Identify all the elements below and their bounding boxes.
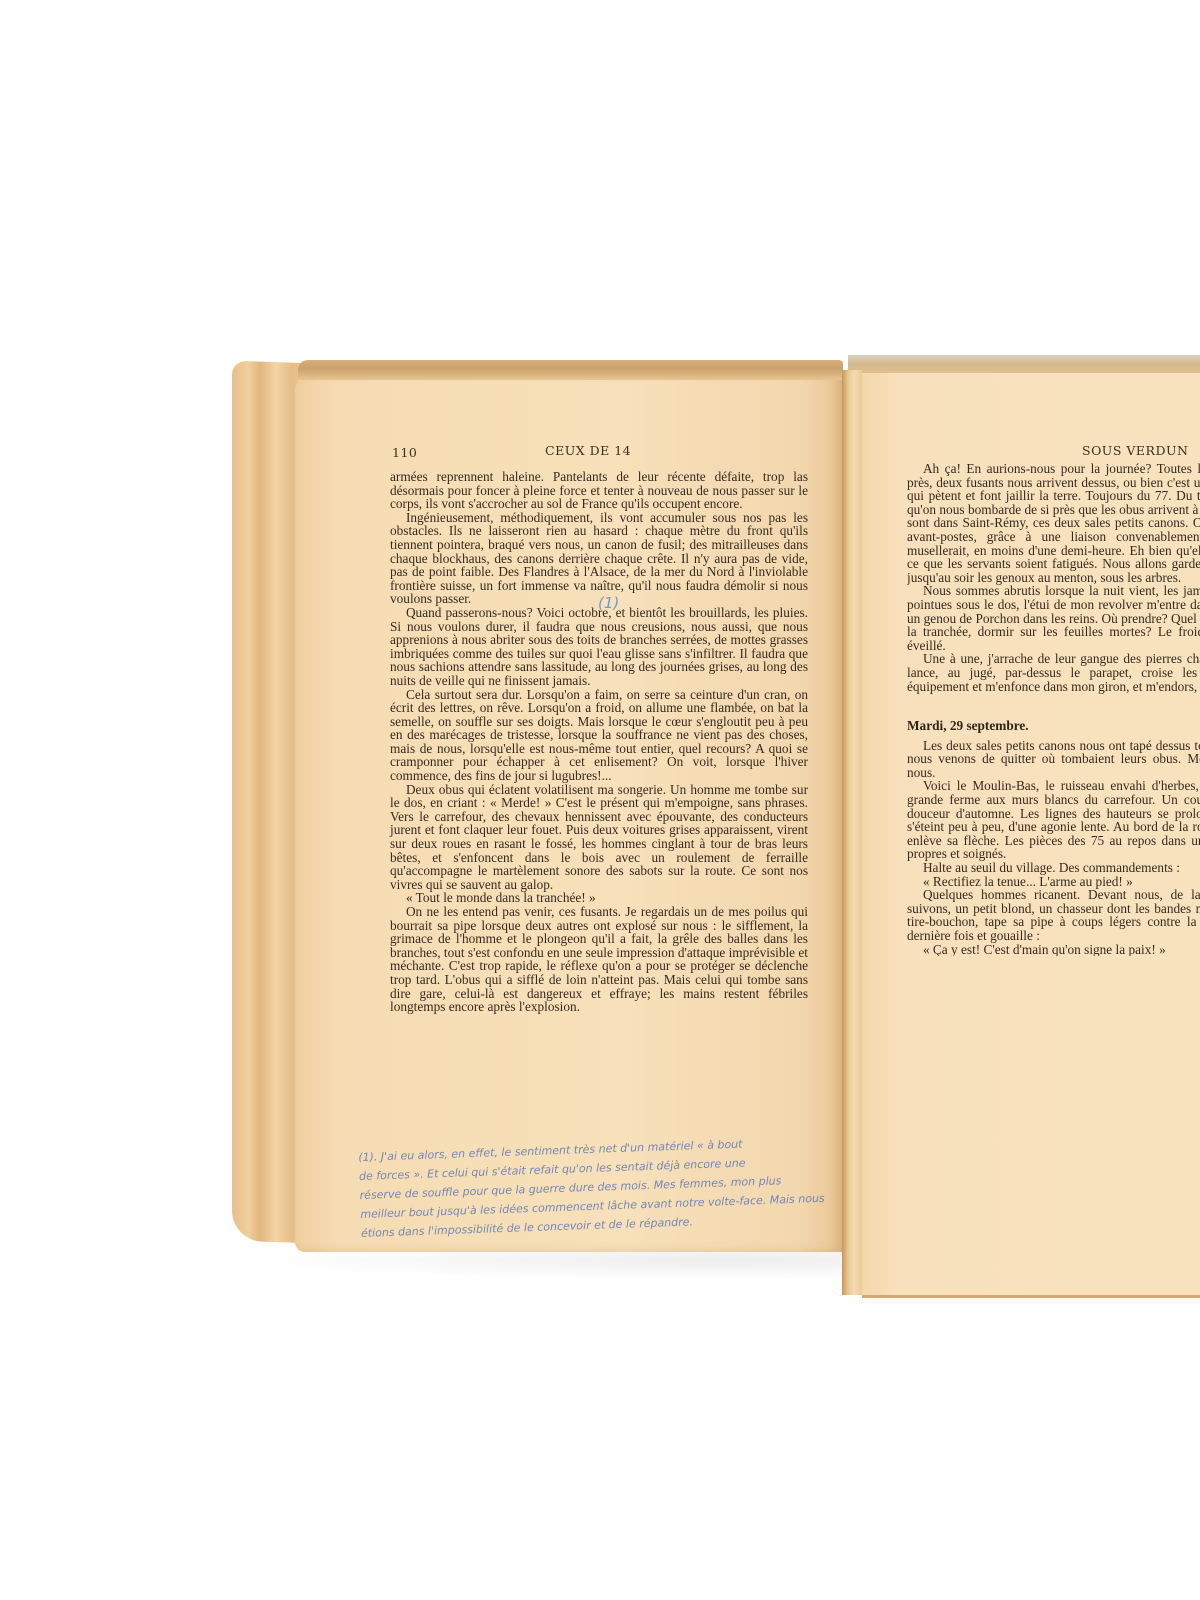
left-page-text: armées reprennent haleine. Pantelants de… [390,470,808,1014]
running-head-right: SOUS VERDUN [1082,443,1188,458]
right-page-text: Ah ça! En aurions-nous pour la journée? … [907,462,1200,956]
paragraph: « Ça y est! C'est d'main qu'on signe la … [907,943,1200,957]
paragraph: Quand passerons-nous? Voici octobre, et … [390,606,808,688]
running-head-left: CEUX DE 14 [545,443,631,458]
page-number: 110 [392,445,417,460]
paragraph: Ah ça! En aurions-nous pour la journée? … [907,462,1200,584]
paragraph: On ne les entend pas venir, ces fusants.… [390,905,808,1014]
paragraph: Ingénieusement, méthodiquement, ils vont… [390,511,808,606]
paragraph: Cela surtout sera dur. Lorsqu'on a faim,… [390,688,808,783]
paragraph: Halte au seuil du village. Des commandem… [907,861,1200,875]
paragraph: armées reprennent haleine. Pantelants de… [390,470,808,511]
handwritten-footnote: (1). J'ai eu alors, en effet, le sentime… [358,1131,851,1243]
paragraph: Deux obus qui éclatent volatilisent ma s… [390,783,808,892]
paragraph: « Tout le monde dans la tranchée! » [390,891,808,905]
handwritten-note-marker: (1) [598,594,619,612]
right-top-edge [848,355,1200,373]
section-heading: Mardi, 29 septembre. [907,719,1200,733]
paragraph: Nous sommes abrutis lorsque la nuit vien… [907,584,1200,652]
paragraph: Quelques hommes ricanent. Devant nous, d… [907,888,1200,942]
left-top-edge [298,360,843,380]
paragraph: « Rectifiez la tenue... L'arme au pied! … [907,875,1200,889]
paragraph: Voici le Moulin-Bas, le ruisseau envahi … [907,779,1200,861]
paragraph: Une à une, j'arrache de leur gangue des … [907,652,1200,693]
paragraph: Les deux sales petits canons nous ont ta… [907,739,1200,780]
